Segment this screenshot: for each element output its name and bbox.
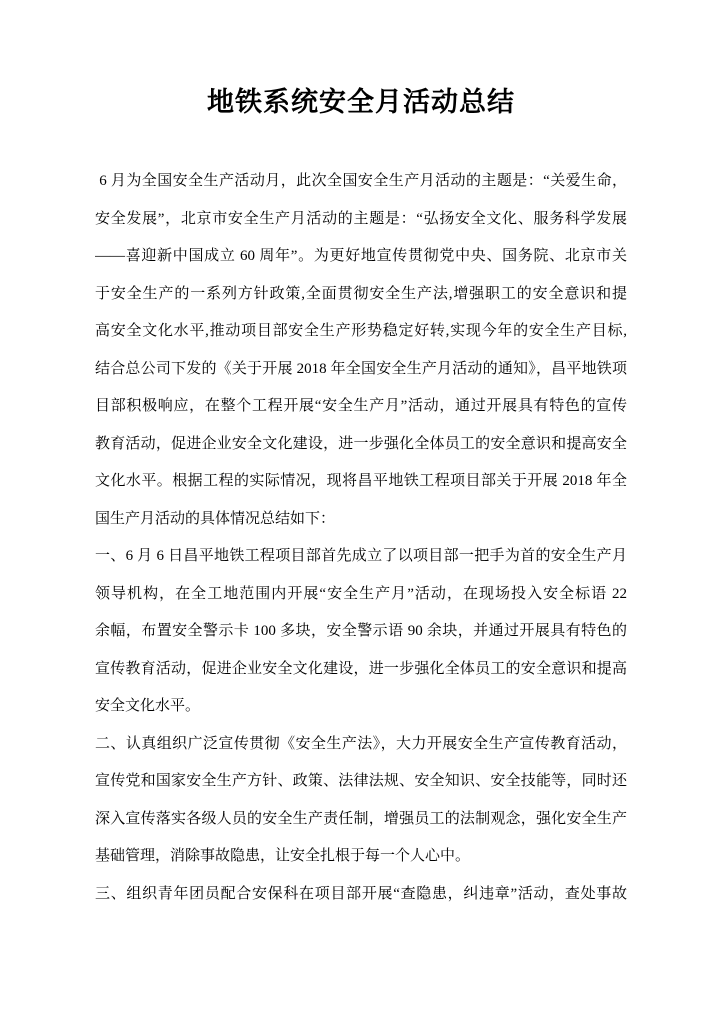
text-line: 结合总公司下发的《关于开展 2018 年全国安全生产月活动的通知》，昌平地铁项 xyxy=(95,351,627,389)
document-page: 地铁系统安全月活动总结 6 月为全国安全生产活动月，此次全国安全生产月活动的主题… xyxy=(0,0,721,1020)
text-line: 6 月为全国安全生产活动月，此次全国安全生产月活动的主题是：“关爱生命， xyxy=(95,163,627,201)
text-line: 领导机构，在全工地范围内开展“安全生产月”活动，在现场投入安全标语 22 xyxy=(95,576,627,614)
text-line: 三、组织青年团员配合安保科在项目部开展“查隐患，纠违章”活动，查处事故 xyxy=(95,876,627,914)
text-line: ——喜迎新中国成立 60 周年”。为更好地宣传贯彻党中央、国务院、北京市关 xyxy=(95,238,627,276)
document-title: 地铁系统安全月活动总结 xyxy=(95,84,627,120)
text-line: 二、认真组织广泛宣传贯彻《安全生产法》，大力开展安全生产宣传教育活动， xyxy=(95,726,627,764)
text-line: 宣传教育活动，促进企业安全文化建设，进一步强化全体员工的安全意识和提高 xyxy=(95,651,627,689)
text-line: 目部积极响应，在整个工程开展“安全生产月”活动，通过开展具有特色的宣传 xyxy=(95,388,627,426)
text-line: 国生产月活动的具体情况总结如下： xyxy=(95,501,627,539)
text-line: 安全发展”，北京市安全生产月活动的主题是：“弘扬安全文化、服务科学发展 xyxy=(95,201,627,239)
text-line: 教育活动，促进企业安全文化建设，进一步强化全体员工的安全意识和提高安全 xyxy=(95,426,627,464)
text-line: 余幅，布置安全警示卡 100 多块，安全警示语 90 余块，并通过开展具有特色的 xyxy=(95,613,627,651)
text-line: 于安全生产的一系列方针政策,全面贯彻安全生产法,增强职工的安全意识和提 xyxy=(95,276,627,314)
document-body: 6 月为全国安全生产活动月，此次全国安全生产月活动的主题是：“关爱生命，安全发展… xyxy=(95,163,627,913)
text-line: 基础管理，消除事故隐患，让安全扎根于每一个人心中。 xyxy=(95,838,627,876)
text-line: 深入宣传落实各级人员的安全生产责任制，增强员工的法制观念，强化安全生产 xyxy=(95,801,627,839)
text-line: 一、6 月 6 日昌平地铁工程项目部首先成立了以项目部一把手为首的安全生产月 xyxy=(95,538,627,576)
text-line: 高安全文化水平,推动项目部安全生产形势稳定好转,实现今年的安全生产目标, xyxy=(95,313,627,351)
text-line: 安全文化水平。 xyxy=(95,688,627,726)
text-line: 文化水平。根据工程的实际情况，现将昌平地铁工程项目部关于开展 2018 年全 xyxy=(95,463,627,501)
text-line: 宣传党和国家安全生产方针、政策、法律法规、安全知识、安全技能等，同时还 xyxy=(95,763,627,801)
